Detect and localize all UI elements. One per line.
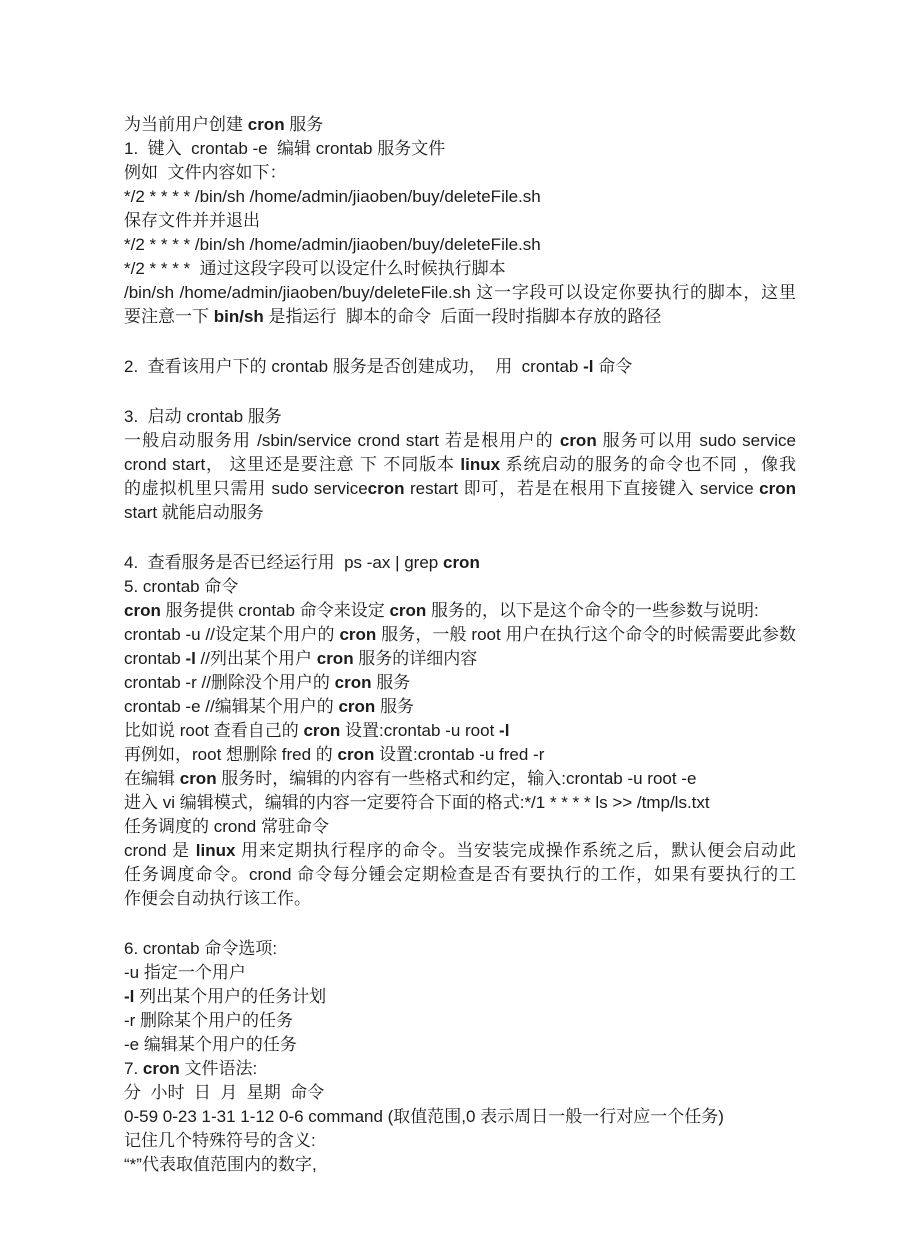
text-run: 3. 启动 crontab 服务 — [124, 407, 282, 426]
bold-term: cron — [338, 697, 375, 716]
text-run: */2 * * * * 通过这段字段可以设定什么时候执行脚本 — [124, 259, 506, 278]
text-line: 作便会自动执行该工作。 — [124, 887, 796, 911]
text-run: 例如 文件内容如下： — [124, 163, 286, 182]
text-run: crontab -u //设定某个用户的 — [124, 625, 339, 644]
text-line: */2 * * * * /bin/sh /home/admin/jiaoben/… — [124, 185, 796, 209]
text-line: 一般启动服务用 /sbin/service crond start 若是根用户的… — [124, 429, 796, 453]
text-run: 5. crontab 命令 — [124, 577, 238, 596]
text-run: 比如说 root 查看自己的 — [124, 721, 303, 740]
text-line: crontab -u //设定某个用户的 cron 服务，一般 root 用户在… — [124, 623, 796, 647]
bold-term: cron — [389, 601, 426, 620]
text-run: 任务调度的 crond 常驻命令 — [124, 817, 329, 836]
bold-term: cron — [180, 769, 217, 788]
text-line: /bin/sh /home/admin/jiaoben/buy/deleteFi… — [124, 281, 796, 305]
text-run: 服务的详细内容 — [354, 649, 478, 668]
text-line: 5. crontab 命令 — [124, 575, 796, 599]
text-run: 再例如，root 想删除 fred 的 — [124, 745, 337, 764]
text-run: 一般启动服务用 /sbin/service crond start 若是根用户的 — [124, 431, 560, 450]
text-line: 任务调度的 crond 常驻命令 — [124, 815, 796, 839]
text-run: 文件语法: — [180, 1059, 257, 1078]
text-line: -u 指定一个用户 — [124, 961, 796, 985]
text-run: 的虚拟机里只需用 sudo service — [124, 479, 368, 498]
text-run: 保存文件并并退出 — [124, 211, 260, 230]
text-run: 进入 vi 编辑模式，编辑的内容一定要符合下面的格式:*/1 * * * * l… — [124, 793, 710, 812]
text-line: “*”代表取值范围内的数字, — [124, 1153, 796, 1177]
text-run: 列出某个用户的任务计划 — [134, 987, 326, 1006]
text-run: 1. 键入 crontab -e 编辑 crontab 服务文件 — [124, 139, 445, 158]
text-line: 再例如，root 想删除 fred 的 cron 设置:crontab -u f… — [124, 743, 796, 767]
bold-term: bin/sh — [214, 307, 264, 326]
text-line: -r 删除某个用户的任务 — [124, 1009, 796, 1033]
text-run: crond start， 这里还是要注意 下 不同版本 — [124, 455, 460, 474]
blank-line — [124, 329, 796, 355]
text-line: 7. cron 文件语法: — [124, 1057, 796, 1081]
bold-term: cron — [124, 601, 161, 620]
text-line: -l 列出某个用户的任务计划 — [124, 985, 796, 1009]
text-run: 服务时，编辑的内容有一些格式和约定，输入:crontab -u root -e — [217, 769, 697, 788]
text-line: 6. crontab 命令选项: — [124, 937, 796, 961]
text-line: -e 编辑某个用户的任务 — [124, 1033, 796, 1057]
text-run: 作便会自动执行该工作。 — [124, 889, 311, 908]
bold-term: -l — [185, 649, 195, 668]
text-line: 任务调度命令。crond 命令每分锺会定期检查是否有要执行的工作，如果有要执行的… — [124, 863, 796, 887]
document-text-block: 为当前用户创建 cron 服务1. 键入 crontab -e 编辑 cront… — [124, 113, 796, 1177]
text-line: 要注意一下 bin/sh 是指运行 脚本的命令 后面一段时指脚本存放的路径 — [124, 305, 796, 329]
text-run: 服务可以用 sudo service — [597, 431, 796, 450]
bold-term: -l — [583, 357, 593, 376]
text-run: 0-59 0-23 1-31 1-12 0-6 command (取值范围,0 … — [124, 1107, 724, 1126]
text-line: crontab -r //删除没个用户的 cron 服务 — [124, 671, 796, 695]
text-run: 2. 查看该用户下的 crontab 服务是否创建成功， 用 crontab — [124, 357, 583, 376]
bold-term: cron — [143, 1059, 180, 1078]
text-line: crontab -e //编辑某个用户的 cron 服务 — [124, 695, 796, 719]
text-run: 在编辑 — [124, 769, 180, 788]
text-run: 7. — [124, 1059, 143, 1078]
text-line: */2 * * * * /bin/sh /home/admin/jiaoben/… — [124, 233, 796, 257]
text-run: start 就能启动服务 — [124, 503, 264, 522]
text-run: 记住几个特殊符号的含义: — [124, 1131, 316, 1150]
text-run: crontab -e //编辑某个用户的 — [124, 697, 338, 716]
bold-term: cron — [368, 479, 405, 498]
text-line: 1. 键入 crontab -e 编辑 crontab 服务文件 — [124, 137, 796, 161]
text-run: 服务 — [371, 673, 410, 692]
text-run: -r 删除某个用户的任务 — [124, 1011, 293, 1030]
blank-line — [124, 911, 796, 937]
text-line: 记住几个特殊符号的含义: — [124, 1129, 796, 1153]
text-run: 为当前用户创建 — [124, 115, 248, 134]
bold-term: cron — [759, 479, 796, 498]
bold-term: cron — [443, 553, 480, 572]
bold-term: -l — [499, 721, 509, 740]
text-run: 是指运行 脚本的命令 后面一段时指脚本存放的路径 — [264, 307, 662, 326]
text-run: 6. crontab 命令选项: — [124, 939, 277, 958]
text-line: 保存文件并并退出 — [124, 209, 796, 233]
text-line: 进入 vi 编辑模式，编辑的内容一定要符合下面的格式:*/1 * * * * l… — [124, 791, 796, 815]
bold-term: -l — [124, 987, 134, 1006]
text-run: -e 编辑某个用户的任务 — [124, 1035, 297, 1054]
text-run: -u 指定一个用户 — [124, 963, 246, 982]
bold-term: cron — [339, 625, 376, 644]
blank-line — [124, 525, 796, 551]
text-run: 服务 — [375, 697, 414, 716]
text-line: cron 服务提供 crontab 命令来设定 cron 服务的，以下是这个命令… — [124, 599, 796, 623]
text-run: 服务，一般 root 用户在执行这个命令的时候需要此参数 — [376, 625, 796, 644]
text-line: 为当前用户创建 cron 服务 — [124, 113, 796, 137]
bold-term: cron — [560, 431, 597, 450]
text-run: 要注意一下 — [124, 307, 214, 326]
text-run: 4. 查看服务是否已经运行用 ps -ax | grep — [124, 553, 443, 572]
bold-term: linux — [460, 455, 500, 474]
text-run: //列出某个用户 — [196, 649, 317, 668]
text-run: 分 小时 日 月 星期 命令 — [124, 1083, 324, 1102]
bold-term: cron — [317, 649, 354, 668]
text-run: */2 * * * * /bin/sh /home/admin/jiaoben/… — [124, 235, 541, 254]
text-run: restart 即可，若是在根用下直接键入 service — [405, 479, 760, 498]
text-run: 用来定期执行程序的命令。当安装完成操作系统之后，默认便会启动此 — [235, 841, 796, 860]
text-line: 例如 文件内容如下： — [124, 161, 796, 185]
text-run: 任务调度命令。crond 命令每分锺会定期检查是否有要执行的工作，如果有要执行的… — [124, 865, 796, 884]
text-line: 在编辑 cron 服务时，编辑的内容有一些格式和约定，输入:crontab -u… — [124, 767, 796, 791]
text-line: */2 * * * * 通过这段字段可以设定什么时候执行脚本 — [124, 257, 796, 281]
text-line: crond 是 linux 用来定期执行程序的命令。当安装完成操作系统之后，默认… — [124, 839, 796, 863]
text-line: 0-59 0-23 1-31 1-12 0-6 command (取值范围,0 … — [124, 1105, 796, 1129]
text-line: crond start， 这里还是要注意 下 不同版本 linux 系统启动的服… — [124, 453, 796, 477]
text-run: 系统启动的服务的命令也不同 ，像我 — [500, 455, 796, 474]
text-line: start 就能启动服务 — [124, 501, 796, 525]
text-run: crontab -r //删除没个用户的 — [124, 673, 335, 692]
bold-term: cron — [335, 673, 372, 692]
text-run: 命令 — [593, 357, 632, 376]
bold-term: linux — [196, 841, 236, 860]
bold-term: cron — [248, 115, 285, 134]
text-run: “*”代表取值范围内的数字, — [124, 1155, 317, 1174]
text-run: /bin/sh /home/admin/jiaoben/buy/deleteFi… — [124, 283, 796, 302]
text-run: crond 是 — [124, 841, 196, 860]
blank-line — [124, 379, 796, 405]
text-line: 2. 查看该用户下的 crontab 服务是否创建成功， 用 crontab -… — [124, 355, 796, 379]
bold-term: cron — [303, 721, 340, 740]
text-line: 3. 启动 crontab 服务 — [124, 405, 796, 429]
text-run: crontab — [124, 649, 185, 668]
text-run: 设置:crontab -u fred -r — [374, 745, 544, 764]
text-run: 服务 — [285, 115, 324, 134]
text-line: 的虚拟机里只需用 sudo servicecron restart 即可，若是在… — [124, 477, 796, 501]
text-run: */2 * * * * /bin/sh /home/admin/jiaoben/… — [124, 187, 541, 206]
bold-term: cron — [337, 745, 374, 764]
document-page: 为当前用户创建 cron 服务1. 键入 crontab -e 编辑 cront… — [0, 0, 920, 1252]
text-line: crontab -l //列出某个用户 cron 服务的详细内容 — [124, 647, 796, 671]
text-line: 比如说 root 查看自己的 cron 设置:crontab -u root -… — [124, 719, 796, 743]
text-run: 设置:crontab -u root — [340, 721, 499, 740]
text-line: 4. 查看服务是否已经运行用 ps -ax | grep cron — [124, 551, 796, 575]
text-run: 服务的，以下是这个命令的一些参数与说明: — [426, 601, 758, 620]
text-run: 服务提供 crontab 命令来设定 — [161, 601, 390, 620]
text-line: 分 小时 日 月 星期 命令 — [124, 1081, 796, 1105]
